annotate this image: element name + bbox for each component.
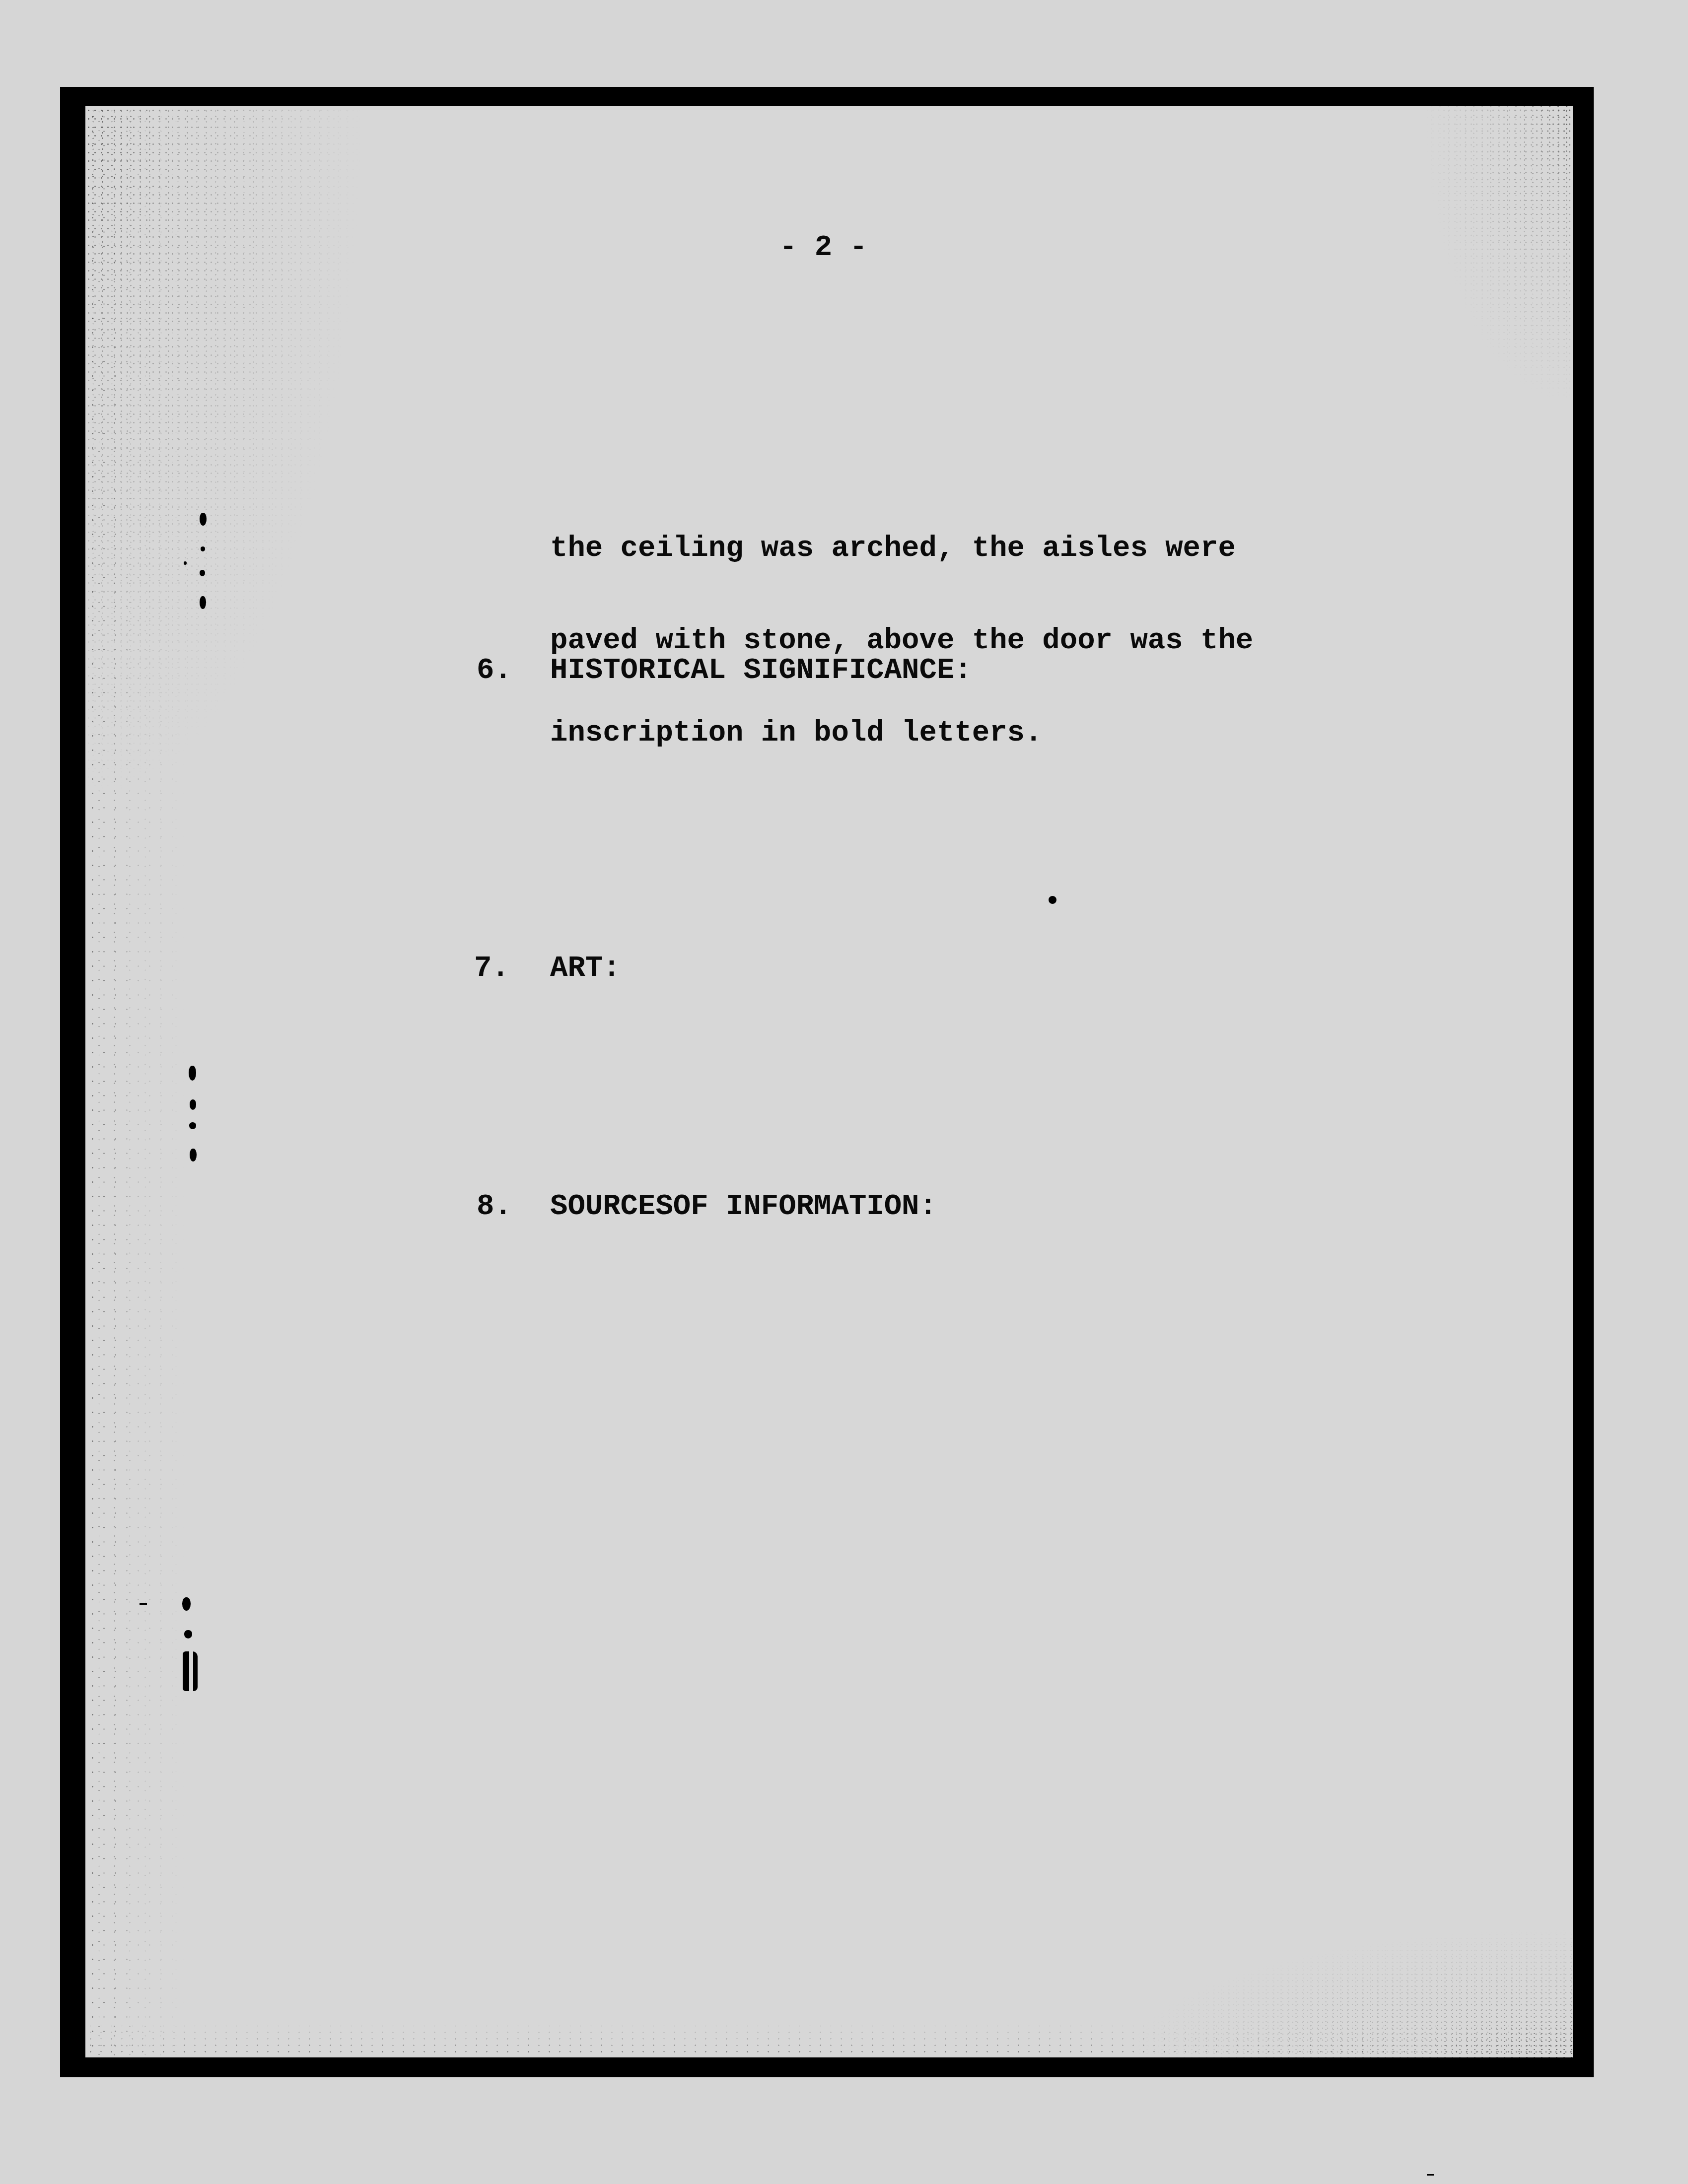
continuation-paragraph: the ceiling was arched, the aisles were … <box>550 472 1253 779</box>
punch-mark <box>190 1149 197 1161</box>
punch-mark <box>184 561 187 565</box>
bracket-mark <box>183 1651 198 1691</box>
paragraph-line: the ceiling was arched, the aisles were <box>550 533 1253 564</box>
punch-mark <box>182 1597 191 1611</box>
paragraph-line: inscription in bold letters. <box>550 718 1253 749</box>
paragraph-line: paved with stone, above the door was the <box>550 625 1253 656</box>
punch-mark <box>200 596 206 609</box>
section-6-heading: HISTORICAL SIGNIFICANCE: <box>550 655 972 686</box>
scan-noise-top-left <box>85 106 363 801</box>
scan-noise-bottom-right <box>1126 1928 1573 2057</box>
document-page <box>85 106 1573 2057</box>
section-8-number: 8. <box>477 1191 512 1222</box>
punch-mark <box>184 1630 192 1638</box>
section-8-heading: SOURCESOF INFORMATION: <box>550 1191 937 1222</box>
punch-mark <box>200 513 207 526</box>
ink-dot <box>1049 896 1056 904</box>
scan-noise-bottom-edge <box>85 2023 1573 2057</box>
punch-mark <box>201 546 205 551</box>
punch-mark <box>189 1066 196 1081</box>
punch-mark <box>200 570 205 576</box>
section-7-heading: ART: <box>550 953 621 984</box>
scan-dash <box>1427 2174 1434 2176</box>
section-7-number: 7. <box>474 953 509 984</box>
punch-mark <box>190 1099 196 1110</box>
scan-dash <box>140 1603 147 1605</box>
scan-noise-left-edge <box>85 106 185 2057</box>
punch-mark <box>189 1122 196 1129</box>
section-6-number: 6. <box>477 655 512 686</box>
scan-noise-top-right <box>1424 106 1573 404</box>
page-number: - 2 - <box>779 232 867 263</box>
